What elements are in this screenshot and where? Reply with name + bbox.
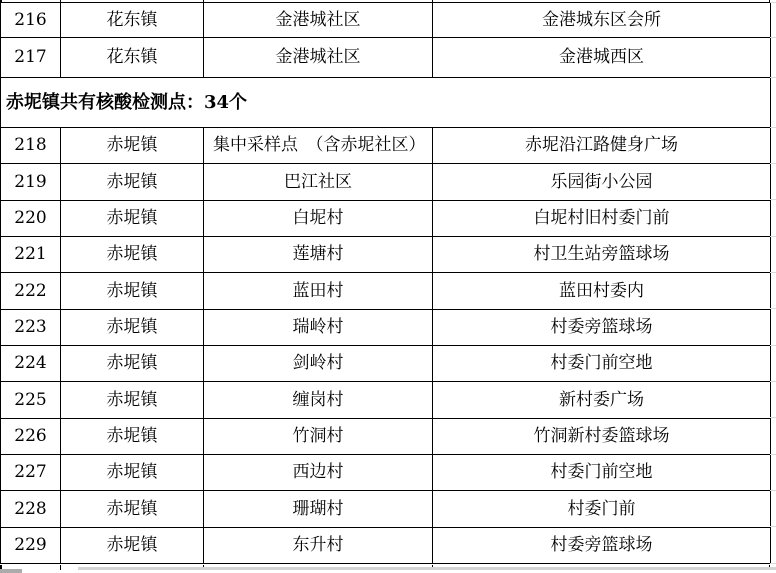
location-cell: 赤坭沿江路健身广场 [433, 128, 771, 164]
location-cell: 村委门前空地 [433, 454, 771, 490]
town-cell: 赤坭镇 [61, 382, 204, 418]
gridline-tick [770, 381, 776, 382]
town-cell: 赤坭镇 [61, 418, 204, 454]
gridline-tick [770, 163, 776, 164]
gridline-tick [770, 199, 776, 200]
location-cell: 乐园街小公园 [433, 164, 771, 200]
location-cell: 白坭村旧村委门前 [433, 200, 771, 236]
community-cell: 蓝田村 [204, 273, 433, 309]
town-cell: 赤坭镇 [61, 128, 204, 164]
gridline-tick [770, 490, 776, 491]
row-number-cell: 216 [1, 3, 61, 38]
gridline-tick [770, 308, 776, 309]
community-cell: 莲塘村 [204, 236, 433, 272]
community-cell: 金港城社区 [204, 3, 433, 38]
table-row: 218 赤坭镇 集中采样点 （含赤坭社区） 赤坭沿江路健身广场 [1, 128, 771, 164]
gridline-tick [770, 526, 776, 527]
community-cell: 剑岭村 [204, 345, 433, 381]
location-cell: 蓝田村委内 [433, 273, 771, 309]
gridline-tick [770, 272, 776, 273]
town-cell: 赤坭镇 [61, 273, 204, 309]
row-number-cell: 229 [1, 527, 61, 563]
row-number-cell: 226 [1, 418, 61, 454]
gridline-tick [770, 454, 776, 455]
gridline-tick [770, 77, 776, 78]
gridline-tick [770, 236, 776, 237]
row-number-cell: 221 [1, 236, 61, 272]
town-cell: 赤坭镇 [61, 164, 204, 200]
row-number-cell: 225 [1, 382, 61, 418]
community-cell: 珊瑚村 [204, 491, 433, 527]
community-cell: 竹洞村 [204, 418, 433, 454]
community-cell: 西边村 [204, 454, 433, 490]
location-cell: 金港城东区会所 [433, 3, 771, 38]
location-cell: 村委门前空地 [433, 345, 771, 381]
row-number-cell: 224 [1, 345, 61, 381]
table-row: 228 赤坭镇 珊瑚村 村委门前 [1, 491, 771, 527]
cropped-next-row-corner [0, 569, 22, 573]
table-row: 226 赤坭镇 竹洞村 竹洞新村委篮球场 [1, 418, 771, 454]
gridline-tick [770, 417, 776, 418]
location-cell: 金港城西区 [433, 38, 771, 78]
table-row: 217 花东镇 金港城社区 金港城西区 [1, 38, 771, 78]
row-number-cell: 223 [1, 309, 61, 345]
table-row: 225 赤坭镇 缠岗村 新村委广场 [1, 382, 771, 418]
gridline-tick [770, 127, 776, 128]
town-cell: 赤坭镇 [61, 454, 204, 490]
location-cell: 村委旁篮球场 [433, 309, 771, 345]
location-cell: 村委旁篮球场 [433, 527, 771, 563]
community-cell: 缠岗村 [204, 382, 433, 418]
row-number-cell: 227 [1, 454, 61, 490]
town-cell: 赤坭镇 [61, 527, 204, 563]
town-cell: 赤坭镇 [61, 200, 204, 236]
location-cell: 竹洞新村委篮球场 [433, 418, 771, 454]
table-row: 222 赤坭镇 蓝田村 蓝田村委内 [1, 273, 771, 309]
community-cell: 金港城社区 [204, 38, 433, 78]
town-cell: 花东镇 [61, 3, 204, 38]
table-row: 220 赤坭镇 白坭村 白坭村旧村委门前 [1, 200, 771, 236]
table-row: 219 赤坭镇 巴江社区 乐园街小公园 [1, 164, 771, 200]
town-cell: 花东镇 [61, 38, 204, 78]
town-cell: 赤坭镇 [61, 345, 204, 381]
table-row: 223 赤坭镇 瑞岭村 村委旁篮球场 [1, 309, 771, 345]
location-cell: 村委门前 [433, 491, 771, 527]
location-cell: 村卫生站旁篮球场 [433, 236, 771, 272]
table-row: 229 赤坭镇 东升村 村委旁篮球场 [1, 527, 771, 563]
table-row: 221 赤坭镇 莲塘村 村卫生站旁篮球场 [1, 236, 771, 272]
testing-points-table: 216 花东镇 金港城社区 金港城东区会所 217 花东镇 金港城社区 金港城西… [0, 2, 771, 564]
row-number-cell: 217 [1, 38, 61, 78]
section-header-cell: 赤坭镇共有核酸检测点：34个 [1, 78, 771, 128]
community-cell: 巴江社区 [204, 164, 433, 200]
bottom-border-stub [60, 565, 62, 570]
gridline-tick [770, 37, 776, 38]
location-cell: 新村委广场 [433, 382, 771, 418]
table-row: 227 赤坭镇 西边村 村委门前空地 [1, 454, 771, 490]
town-cell: 赤坭镇 [61, 309, 204, 345]
row-number-cell: 218 [1, 128, 61, 164]
row-number-cell: 220 [1, 200, 61, 236]
community-cell: 集中采样点 （含赤坭社区） [204, 128, 433, 164]
cropped-next-row-edge [78, 567, 776, 570]
town-cell: 赤坭镇 [61, 236, 204, 272]
gridline-tick [770, 345, 776, 346]
gridline-tick [770, 563, 776, 564]
community-cell: 东升村 [204, 527, 433, 563]
testing-points-table-body: 216 花东镇 金港城社区 金港城东区会所 217 花东镇 金港城社区 金港城西… [1, 3, 771, 564]
table-row: 216 花东镇 金港城社区 金港城东区会所 [1, 3, 771, 38]
row-number-cell: 219 [1, 164, 61, 200]
section-header-row: 赤坭镇共有核酸检测点：34个 [1, 78, 771, 128]
town-cell: 赤坭镇 [61, 491, 204, 527]
row-number-cell: 222 [1, 273, 61, 309]
community-cell: 白坭村 [204, 200, 433, 236]
row-number-cell: 228 [1, 491, 61, 527]
gridline-tick [770, 2, 776, 3]
community-cell: 瑞岭村 [204, 309, 433, 345]
table-row: 224 赤坭镇 剑岭村 村委门前空地 [1, 345, 771, 381]
